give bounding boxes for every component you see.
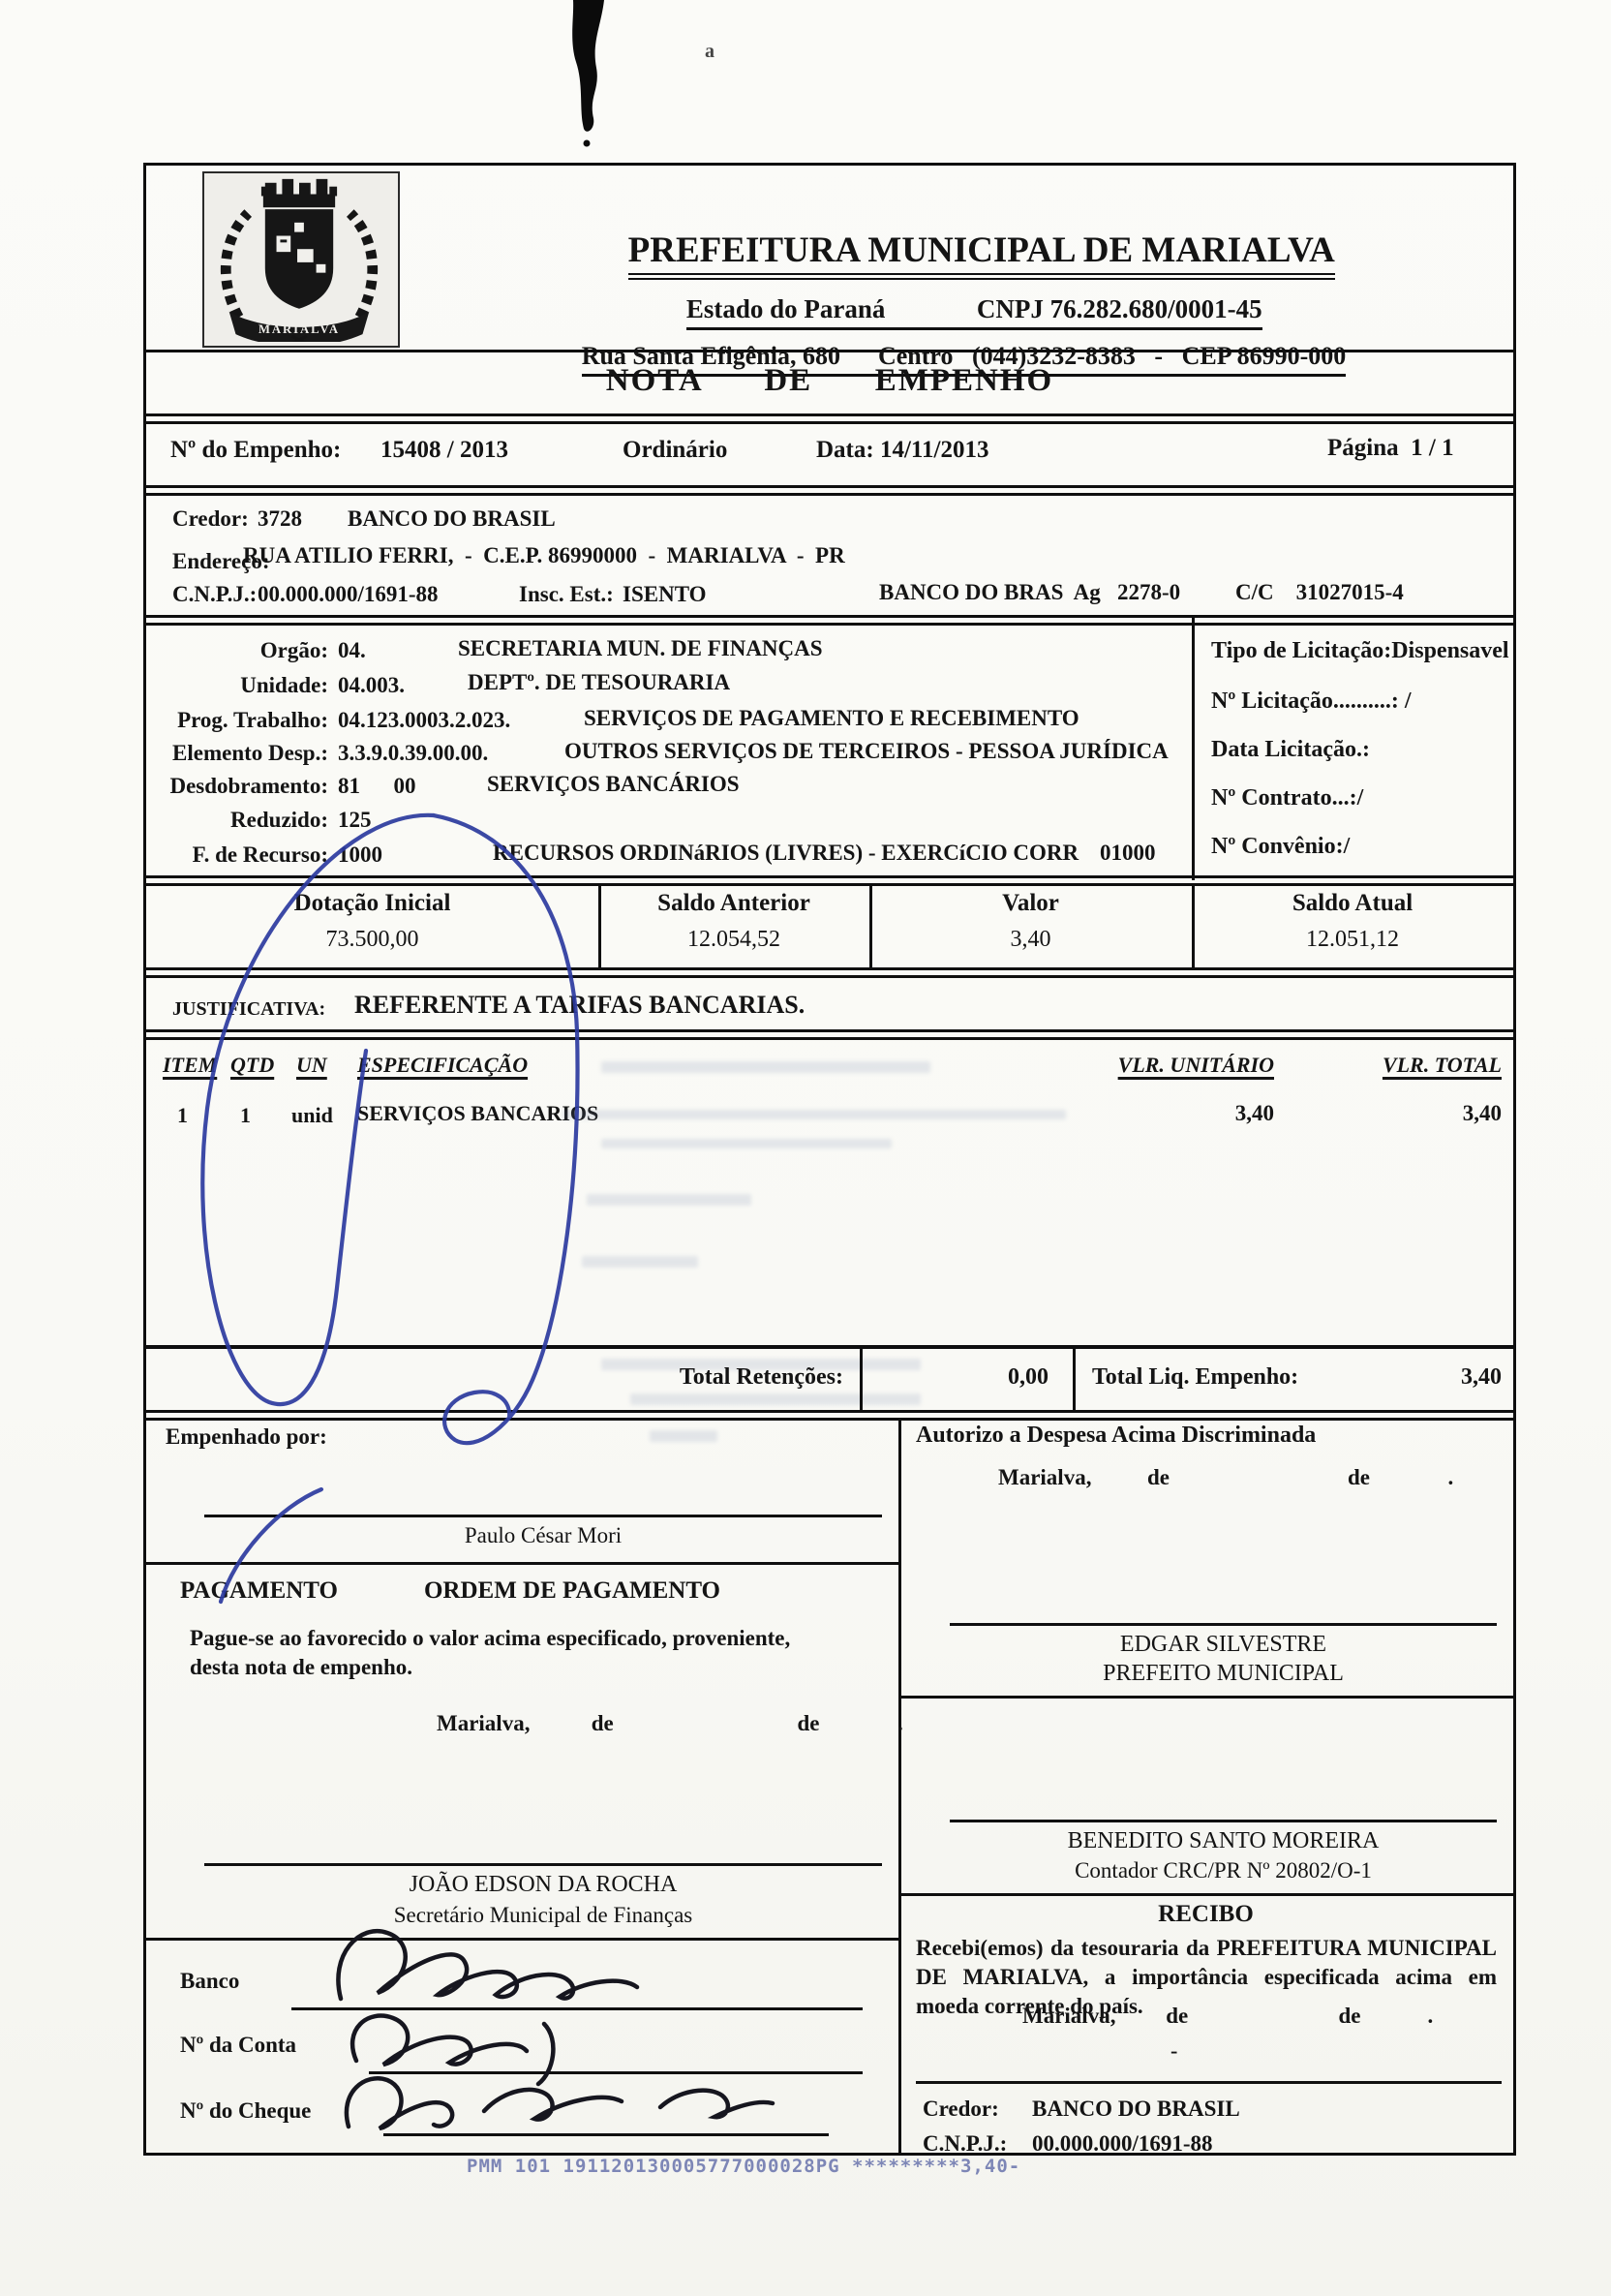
- credor-name: BANCO DO BRASIL: [348, 506, 556, 532]
- banco-agencia: BANCO DO BRAS Ag 2278-0: [879, 580, 1180, 605]
- justificativa-label: JUSTIFICATIVA:: [172, 998, 325, 1021]
- conta-field-line: [369, 2071, 863, 2074]
- scan-bleed-mark: [630, 1393, 921, 1405]
- coat-of-arms-icon: MARIALVA: [204, 173, 394, 342]
- divider: [898, 1696, 1513, 1699]
- items-header-vlr-unitario: VLR. UNITÁRIO: [1066, 1053, 1274, 1077]
- ordem-pagamento-text: Pague-se ao favorecido o valor acima esp…: [190, 1624, 838, 1682]
- budget-label: Prog. Trabalho:: [146, 708, 328, 733]
- budget-code: 1000: [338, 842, 382, 868]
- budget-desc: SECRETARIA MUN. DE FINANÇAS: [458, 636, 823, 661]
- recibo-data-line: Marialva, de de .: [1022, 2004, 1433, 2029]
- budget-label: Unidade:: [146, 673, 328, 698]
- column-divider: [898, 1418, 901, 2153]
- autorizo-title: Autorizo a Despesa Acima Discriminada: [916, 1423, 1316, 1450]
- divider-double: [146, 967, 1513, 978]
- cnpj-label: C.N.P.J.:: [172, 582, 257, 607]
- secretario-cargo: Secretário Municipal de Finanças: [204, 1903, 882, 1928]
- budget-label: Orgão:: [146, 638, 328, 663]
- divider: [146, 1345, 1513, 1349]
- divider: [146, 1562, 898, 1565]
- recibo-dash: -: [1170, 2038, 1177, 2063]
- items-header-especificacao: ESPECIFICAÇÃO: [357, 1053, 528, 1077]
- cnpj-value: 00.000.000/1691-88: [258, 582, 439, 607]
- contador-cargo: Contador CRC/PR Nº 20802/O-1: [950, 1858, 1497, 1883]
- contrato-numero: Nº Contrato...:/: [1211, 785, 1363, 812]
- budget-desc: SERVIÇOS BANCÁRIOS: [487, 772, 740, 797]
- divider-double: [146, 413, 1513, 424]
- dotacao-header: Saldo Atual: [1192, 890, 1513, 918]
- total-retencoes-value: 0,00: [879, 1364, 1049, 1392]
- budget-label: Elemento Desp.:: [146, 741, 328, 766]
- justificativa-text: REFERENTE A TARIFAS BANCARIAS.: [354, 991, 805, 1020]
- divider: [898, 1893, 1513, 1896]
- prefeito-cargo: PREFEITO MUNICIPAL: [950, 1661, 1497, 1688]
- dotacao-value: 12.051,12: [1192, 927, 1513, 954]
- licitacao-tipo: Tipo de Licitação:Dispensavel: [1211, 638, 1509, 665]
- cheque-field-line: [383, 2133, 829, 2136]
- item-number: 1: [177, 1103, 188, 1127]
- items-header-item: ITEM: [163, 1053, 217, 1077]
- dotacao-header: Dotação Inicial: [146, 890, 598, 918]
- empenhado-assinante: Paulo César Mori: [204, 1523, 882, 1548]
- insc-value: ISENTO: [623, 582, 707, 607]
- scan-bleed-mark: [587, 1194, 751, 1206]
- total-liquido-value: 3,40: [1352, 1364, 1502, 1392]
- divider-double: [146, 875, 1513, 886]
- recibo-title: RECIBO: [898, 1901, 1513, 1929]
- empenho-number-value: 15408 / 2013: [380, 437, 508, 465]
- empenhado-por-label: Empenhado por:: [166, 1424, 327, 1450]
- credor-label: Credor:: [172, 506, 249, 532]
- recibo-credor-value: BANCO DO BRASIL: [1032, 2097, 1240, 2122]
- budget-code: 3.3.9.0.39.00.00.: [338, 741, 488, 766]
- secretario-nome: JOÃO EDSON DA ROCHA: [204, 1872, 882, 1899]
- dotacao-header: Valor: [869, 890, 1192, 918]
- dotacao-value: 73.500,00: [146, 927, 598, 954]
- budget-desc: DEPTº. DE TESOURARIA: [468, 670, 730, 695]
- divider: [916, 2081, 1502, 2084]
- scan-bleed-mark: [601, 1061, 930, 1073]
- column-divider: [860, 1349, 863, 1410]
- dotacao-header: Saldo Anterior: [598, 890, 869, 918]
- banco-field-line: [291, 2007, 863, 2010]
- credor-code: 3728: [258, 506, 302, 532]
- divider-double: [146, 485, 1513, 496]
- column-divider: [1192, 618, 1195, 880]
- signature-line: [204, 1863, 882, 1866]
- dotacao-value: 3,40: [869, 927, 1192, 954]
- scan-bleed-mark: [562, 1110, 1066, 1119]
- budget-label: Desdobramento:: [146, 774, 328, 799]
- divider-double: [146, 1029, 1513, 1040]
- scan-bleed-mark: [650, 1430, 717, 1442]
- signature-line: [204, 1515, 882, 1517]
- contador-nome: BENEDITO SANTO MOREIRA: [950, 1828, 1497, 1855]
- column-divider: [1073, 1349, 1076, 1410]
- total-retencoes-label: Total Retenções:: [562, 1364, 843, 1392]
- item-vlr-unitario: 3,40: [1066, 1101, 1274, 1126]
- recibo-cnpj-label: C.N.P.J.:: [923, 2131, 1007, 2157]
- page-indicator: Página 1 / 1: [1327, 435, 1454, 463]
- divider: [146, 350, 1513, 352]
- ink-smear: [572, 0, 604, 147]
- budget-desc: SERVIÇOS DE PAGAMENTO E RECEBIMENTO: [584, 706, 1079, 731]
- items-header-un: UN: [296, 1053, 327, 1077]
- budget-desc: RECURSOS ORDINáRIOS (LIVRES) - EXERCíCIO…: [493, 841, 1079, 866]
- banco-field-label: Banco: [180, 1969, 239, 1994]
- recibo-cnpj-value: 00.000.000/1691-88: [1032, 2131, 1213, 2157]
- items-header-qtd: QTD: [230, 1053, 274, 1077]
- budget-label: Reduzido:: [146, 808, 328, 833]
- empenho-type: Ordinário: [623, 437, 727, 465]
- licitacao-numero: Nº Licitação..........: /: [1211, 689, 1412, 716]
- ordem-pagamento-title: ORDEM DE PAGAMENTO: [320, 1577, 824, 1606]
- item-un: unid: [291, 1103, 333, 1127]
- convenio-numero: Nº Convênio:/: [1211, 834, 1350, 861]
- endereco-value: RUA ATILIO FERRI, - C.E.P. 86990000 - MA…: [243, 543, 845, 568]
- dot-matrix-footer-code: PMM 101 191120130005777000028PG ********…: [467, 2156, 1020, 2177]
- prefeito-nome: EDGAR SILVESTRE: [950, 1632, 1497, 1659]
- signature-line: [950, 1820, 1497, 1822]
- licitacao-data: Data Licitação.:: [1211, 737, 1370, 764]
- budget-code: 125: [338, 808, 372, 833]
- budget-extra-code: 01000: [1100, 841, 1156, 866]
- logo-banner-text: MARIALVA: [258, 322, 340, 336]
- budget-label: F. de Recurso:: [146, 842, 328, 868]
- pagamento-data-line: Marialva, de de .: [437, 1711, 903, 1736]
- item-vlr-total: 3,40: [1352, 1101, 1502, 1126]
- budget-code: 81 00: [338, 774, 416, 799]
- empenho-number-label: Nº do Empenho:: [170, 437, 341, 465]
- divider-double: [146, 1410, 1513, 1421]
- total-liquido-label: Total Liq. Empenho:: [1092, 1364, 1298, 1392]
- scan-bleed-mark: [582, 1256, 698, 1268]
- doc-title: NOTA DE EMPENHO: [146, 363, 1513, 400]
- divider: [146, 1938, 898, 1941]
- item-qtd: 1: [240, 1103, 251, 1127]
- cheque-field-label: Nº do Cheque: [180, 2098, 311, 2124]
- budget-code: 04.123.0003.2.023.: [338, 708, 510, 733]
- conta-corrente: C/C 31027015-4: [1235, 580, 1404, 605]
- scan-stray-mark: a: [705, 41, 714, 63]
- document-frame: MARIALVA PREFEITURA MUNICIPAL DE MARIALV…: [143, 163, 1516, 2156]
- signature-line: [950, 1623, 1497, 1626]
- scanned-nota-de-empenho: a: [0, 0, 1611, 2296]
- budget-code: 04.003.: [338, 673, 405, 698]
- municipal-coat-of-arms: MARIALVA: [202, 171, 400, 348]
- scan-bleed-mark: [601, 1139, 892, 1148]
- budget-desc: OUTROS SERVIÇOS DE TERCEIROS - PESSOA JU…: [564, 739, 1169, 764]
- items-header-vlr-total: VLR. TOTAL: [1352, 1053, 1502, 1077]
- autorizo-data-line: Marialva, de de .: [998, 1465, 1453, 1490]
- dotacao-value: 12.054,52: [598, 927, 869, 954]
- conta-field-label: Nº da Conta: [180, 2033, 296, 2058]
- insc-label: Insc. Est.:: [519, 582, 614, 607]
- pagamento-section-label: PAGAMENTO: [180, 1577, 338, 1606]
- recibo-credor-label: Credor:: [923, 2097, 999, 2122]
- divider-double: [146, 615, 1513, 626]
- empenho-date: Data: 14/11/2013: [816, 437, 988, 465]
- budget-code: 04.: [338, 638, 366, 663]
